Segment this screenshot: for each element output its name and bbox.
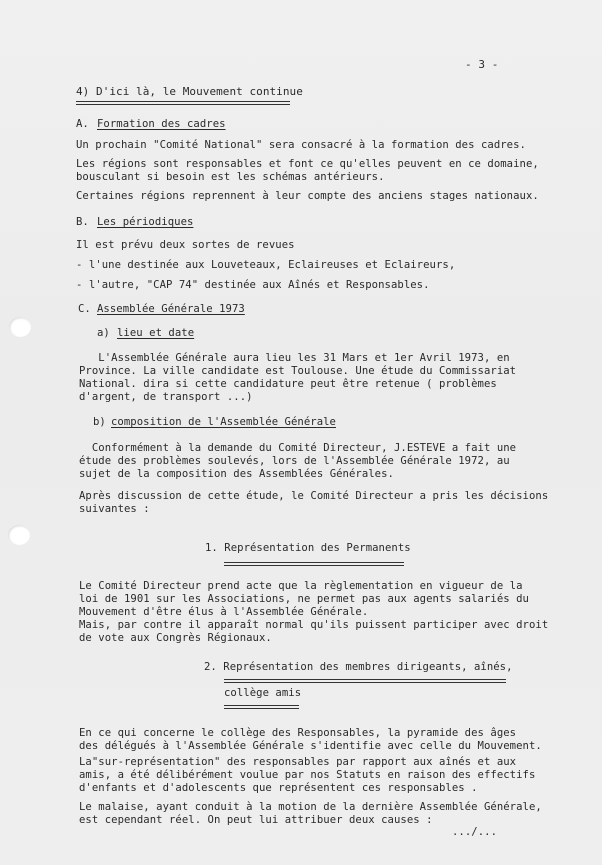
decision-1-title: 1. Représentation des Permanents xyxy=(205,542,411,555)
sub-b-line: étude des problèmes soulevés, lors de l'… xyxy=(79,455,510,468)
page-number: - 3 - xyxy=(465,58,498,71)
section-b-title: Les périodiques xyxy=(97,216,193,229)
section-a-line: Les régions sont responsables et font ce… xyxy=(76,158,539,171)
section-a-line: Un prochain "Comité National" sera consa… xyxy=(76,139,526,152)
decision-2-para3-line: est cependant réel. On peut lui attribue… xyxy=(79,814,433,827)
sub-a-label: a) xyxy=(97,327,110,340)
decision-1-line: Le Comité Directeur prend acte que la rè… xyxy=(79,580,523,593)
sub-b-line: sujet de la composition des Assemblées G… xyxy=(79,468,394,481)
decision-2-para2-line: amis, a été délibérément voulue par nos … xyxy=(79,769,535,782)
decision-2-underline-1 xyxy=(224,679,506,680)
sub-a-title: lieu et date xyxy=(117,327,194,340)
sub-b-label: b) xyxy=(93,416,106,429)
sub-a-line: d'argent, de transport ...) xyxy=(79,391,253,404)
punch-hole-top xyxy=(9,317,31,337)
decision-1-line: Mais, par contre il apparaît normal qu'i… xyxy=(79,619,548,632)
section-c-label: C. xyxy=(78,303,91,316)
section-b-line: - l'autre, "CAP 74" destinée aux Aînés e… xyxy=(76,279,430,292)
sub-b-title: composition de l'Assemblée Générale xyxy=(111,416,336,429)
decision-1-line: Mouvement d'être élus à l'Assemblée Géné… xyxy=(79,606,368,619)
section-b-label: B. xyxy=(76,216,89,229)
decision-2-para2-line: d'enfants et d'adolescents que représent… xyxy=(79,782,478,795)
decision-2-para1-line: des délégués à l'Assemblée Générale s'id… xyxy=(79,740,542,753)
section-b-line: - l'une destinée aux Louveteaux, Eclaire… xyxy=(76,259,455,272)
sub-b-after-line: suivantes : xyxy=(79,503,150,516)
section-a-line: Certaines régions reprennent à leur comp… xyxy=(76,190,539,203)
decision-1-underline xyxy=(224,562,404,563)
continuation-mark: .../... xyxy=(452,826,497,839)
section-title: 4) D'ici là, le Mouvement continue xyxy=(76,85,303,98)
sub-b-after-line: Après discussion de cette étude, le Comi… xyxy=(79,490,548,503)
decision-2-title-line2: collège amis xyxy=(224,687,301,700)
section-a-title: Formation des cadres xyxy=(97,118,226,131)
section-b-line: Il est prévu deux sortes de revues xyxy=(76,239,295,252)
decision-2-para2-line: La"sur-représentation" des responsables … xyxy=(79,756,516,769)
sub-b-line: Conformément à la demande du Comité Dire… xyxy=(79,442,516,455)
section-a-line: bousculant si besoin est les schémas ant… xyxy=(76,171,385,184)
sub-a-line: L'Assemblée Générale aura lieu les 31 Ma… xyxy=(79,352,510,365)
sub-a-line: National. dira si cette candidature peut… xyxy=(79,378,497,391)
section-c-title: Assemblée Générale 1973 xyxy=(97,303,245,316)
decision-2-para1-line: En ce qui concerne le collège des Respon… xyxy=(79,727,516,740)
decision-1-line: loi de 1901 sur les Associations, ne per… xyxy=(79,593,529,606)
decision-2-title-line1: 2. Représentation des membres dirigeants… xyxy=(204,661,513,674)
decision-2-underline-2 xyxy=(224,705,299,706)
section-a-label: A. xyxy=(76,118,89,131)
sub-a-line: Province. La ville candidate est Toulous… xyxy=(79,365,516,378)
punch-hole-bottom xyxy=(8,525,30,545)
decision-1-line: de vote aux Congrès Régionaux. xyxy=(79,632,272,645)
document-page: - 3 - 4) D'ici là, le Mouvement continue… xyxy=(0,0,602,865)
decision-2-para3-line: Le malaise, ayant conduit à la motion de… xyxy=(79,801,542,814)
section-title-underline xyxy=(76,101,290,102)
